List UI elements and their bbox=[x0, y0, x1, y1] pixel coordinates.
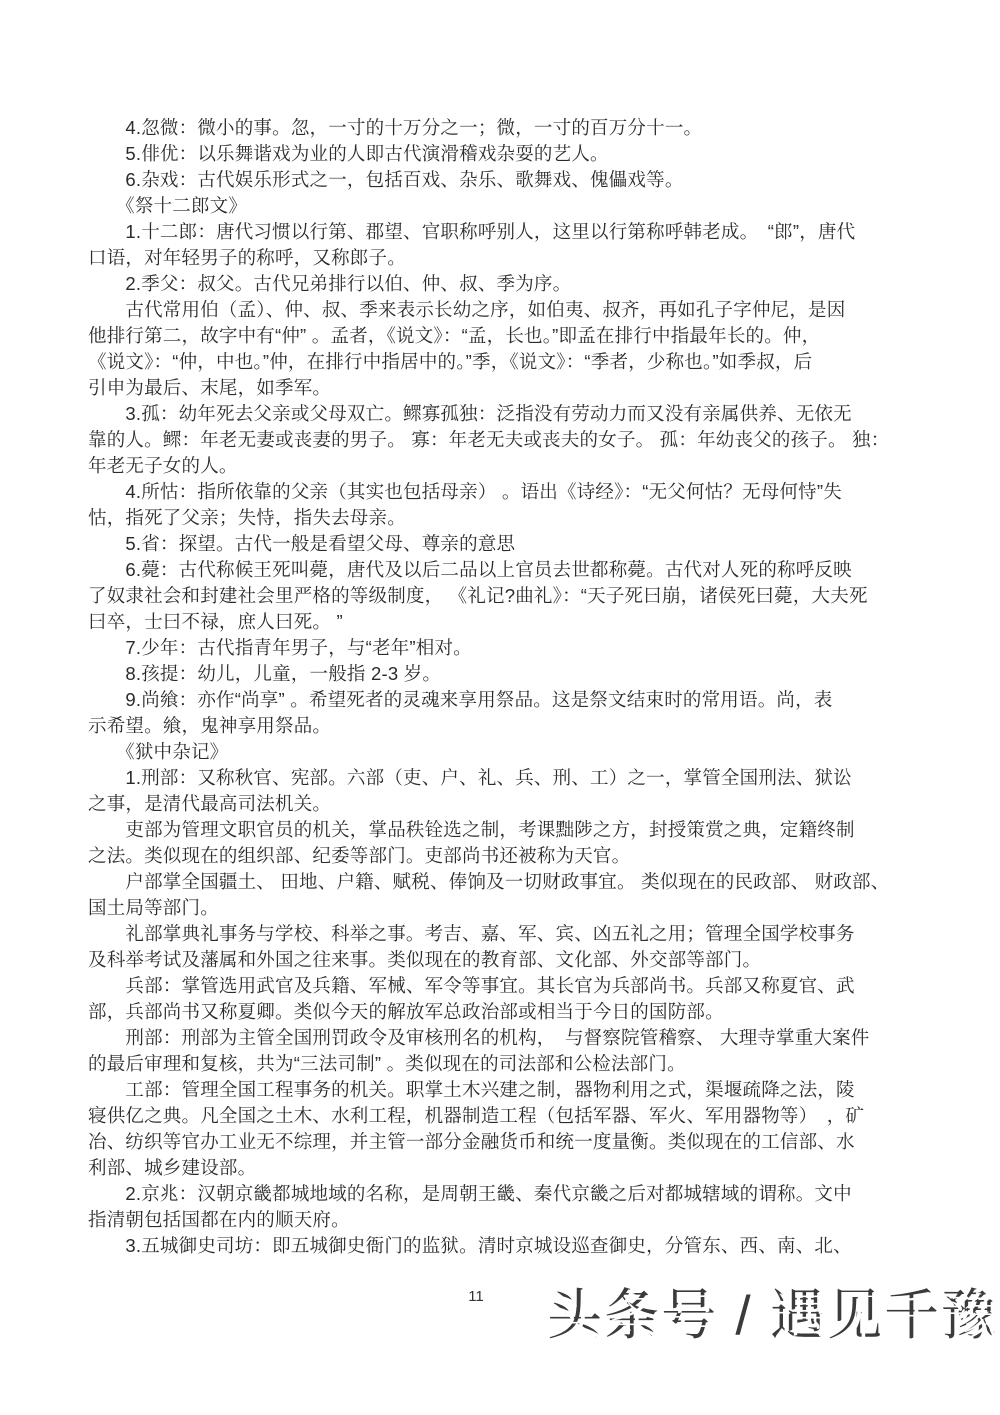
watermark: 头条号 / 遇见千豫 bbox=[478, 1225, 998, 1405]
text-line: 5.省：探望。古代一般是看望父母、尊亲的意思 bbox=[88, 531, 912, 557]
text-line: 6.薨：古代称候王死叫薨，唐代及以后二品以上官员去世都称薨。古代对人死的称呼反映 bbox=[88, 557, 912, 583]
text-line: 之法。类似现在的组织部、纪委等部门。吏部尚书还被称为天官。 bbox=[88, 843, 912, 869]
text-line: 利部、城乡建设部。 bbox=[88, 1155, 912, 1181]
text-line: 3.孤：幼年死去父亲或父母双亡。鳏寡孤独：泛指没有劳动力而又没有亲属供养、无依无 bbox=[88, 401, 912, 427]
text-line: 刑部：刑部为主管全国刑罚政令及审核刑名的机构， 与督察院管稽察、 大理寺掌重大案… bbox=[88, 1025, 912, 1051]
text-line: 国土局等部门。 bbox=[88, 895, 912, 921]
text-line: 示希望。飨，鬼神享用祭品。 bbox=[88, 713, 912, 739]
text-line: 兵部：掌管选用武官及兵籍、军械、军令等事宜。其长官为兵部尚书。兵部又称夏官、武 bbox=[88, 973, 912, 999]
text-line: 1.刑部：又称秋官、宪部。六部（吏、户、礼、兵、刑、工）之一，掌管全国刑法、狱讼 bbox=[88, 765, 912, 791]
text-line: 及科举考试及藩属和外国之往来事。类似现在的教育部、文化部、外交部等部门。 bbox=[88, 947, 912, 973]
text-line: 8.孩提：幼儿，儿童，一般指 2-3 岁。 bbox=[88, 661, 912, 687]
text-line: 吏部为管理文职官员的机关，掌品秩铨选之制，考课黜陟之方，封授策赏之典，定籍终制 bbox=[88, 817, 912, 843]
text-line: 4.所怙：指所依靠的父亲（其实也包括母亲） 。语出《诗经》：“无父何怙？无母何恃… bbox=[88, 479, 912, 505]
text-line: 之事，是清代最高司法机关。 bbox=[88, 791, 912, 817]
text-line: 户部掌全国疆土、 田地、户籍、赋税、俸饷及一切财政事宜。 类似现在的民政部、 财… bbox=[88, 869, 912, 895]
text-block: 4.忽微：微小的事。忽，一寸的十万分之一；微，一寸的百万分十一。 5.俳优：以乐… bbox=[88, 115, 912, 1259]
text-line: 工部：管理全国工程事务的机关。职掌土木兴建之制，器物利用之式，渠堰疏降之法，陵 bbox=[88, 1077, 912, 1103]
text-line: 2.季父：叔父。古代兄弟排行以伯、仲、叔、季为序。 bbox=[88, 271, 912, 297]
document-page: 4.忽微：微小的事。忽，一寸的十万分之一；微，一寸的百万分十一。 5.俳优：以乐… bbox=[0, 0, 1000, 1415]
text-line: 2.京兆：汉朝京畿都城地域的名称，是周朝王畿、秦代京畿之后对都城辖域的谓称。文中 bbox=[88, 1181, 912, 1207]
text-line: 1.十二郎：唐代习惯以行第、郡望、官职称呼别人，这里以行第称呼韩老成。 “郎”，… bbox=[88, 219, 912, 245]
text-line: 部，兵部尚书又称夏卿。类似今天的解放军总政治部或相当于今日的国防部。 bbox=[88, 999, 912, 1025]
section-title: 《祭十二郎文》 bbox=[88, 193, 912, 219]
text-line: 5.俳优：以乐舞谐戏为业的人即古代演滑稽戏杂耍的艺人。 bbox=[88, 141, 912, 167]
text-line: 寝供亿之典。凡全国之土木、水利工程，机器制造工程（包括军器、军火、军用器物等） … bbox=[88, 1103, 912, 1129]
text-line: 7.少年：古代指青年男子，与“老年”相对。 bbox=[88, 635, 912, 661]
text-line: 的最后审理和复核，共为“三法司制” 。类似现在的司法部和公检法部门。 bbox=[88, 1051, 912, 1077]
text-line: 冶、纺织等官办工业无不综理，并主管一部分金融货币和统一度量衡。类似现在的工信部、… bbox=[88, 1129, 912, 1155]
text-line: 4.忽微：微小的事。忽，一寸的十万分之一；微，一寸的百万分十一。 bbox=[88, 115, 912, 141]
text-line: 6.杂戏：古代娱乐形式之一，包括百戏、杂乐、歌舞戏、傀儡戏等。 bbox=[88, 167, 912, 193]
text-line: 曰卒，士曰不禄，庶人曰死。 ” bbox=[88, 609, 912, 635]
text-line: 了奴隶社会和封建社会里严格的等级制度， 《礼记?曲礼》：“天子死曰崩，诸侯死曰薨… bbox=[88, 583, 912, 609]
text-line: 9.尚飨：亦作“尚享” 。希望死者的灵魂来享用祭品。这是祭文结束时的常用语。尚，… bbox=[88, 687, 912, 713]
watermark-text: 头条号 / 遇见千豫 bbox=[547, 1285, 998, 1345]
section-title: 《狱中杂记》 bbox=[88, 739, 912, 765]
text-line: 古代常用伯（孟）、仲、叔、季来表示长幼之序，如伯夷、叔齐，再如孔子字仲尼，是因 bbox=[88, 297, 912, 323]
text-line: 年老无子女的人。 bbox=[88, 453, 912, 479]
text-line: 他排行第二，故字中有“仲” 。孟者，《说文》：“孟，长也。”即孟在排行中指最年长… bbox=[88, 323, 912, 349]
text-line: 礼部掌典礼事务与学校、科举之事。考吉、嘉、军、宾、凶五礼之用；管理全国学校事务 bbox=[88, 921, 912, 947]
text-line: 口语，对年轻男子的称呼，又称郎子。 bbox=[88, 245, 912, 271]
text-line: 怙，指死了父亲；失恃，指失去母亲。 bbox=[88, 505, 912, 531]
text-line: 靠的人。鳏：年老无妻或丧妻的男子。 寡：年老无夫或丧夫的女子。 孤：年幼丧父的孩… bbox=[88, 427, 912, 453]
text-line: 《说文》：“仲，中也。”仲，在排行中指居中的。”季，《说文》：“季者，少称也。”… bbox=[88, 349, 912, 375]
text-line: 引申为最后、末尾，如季军。 bbox=[88, 375, 912, 401]
